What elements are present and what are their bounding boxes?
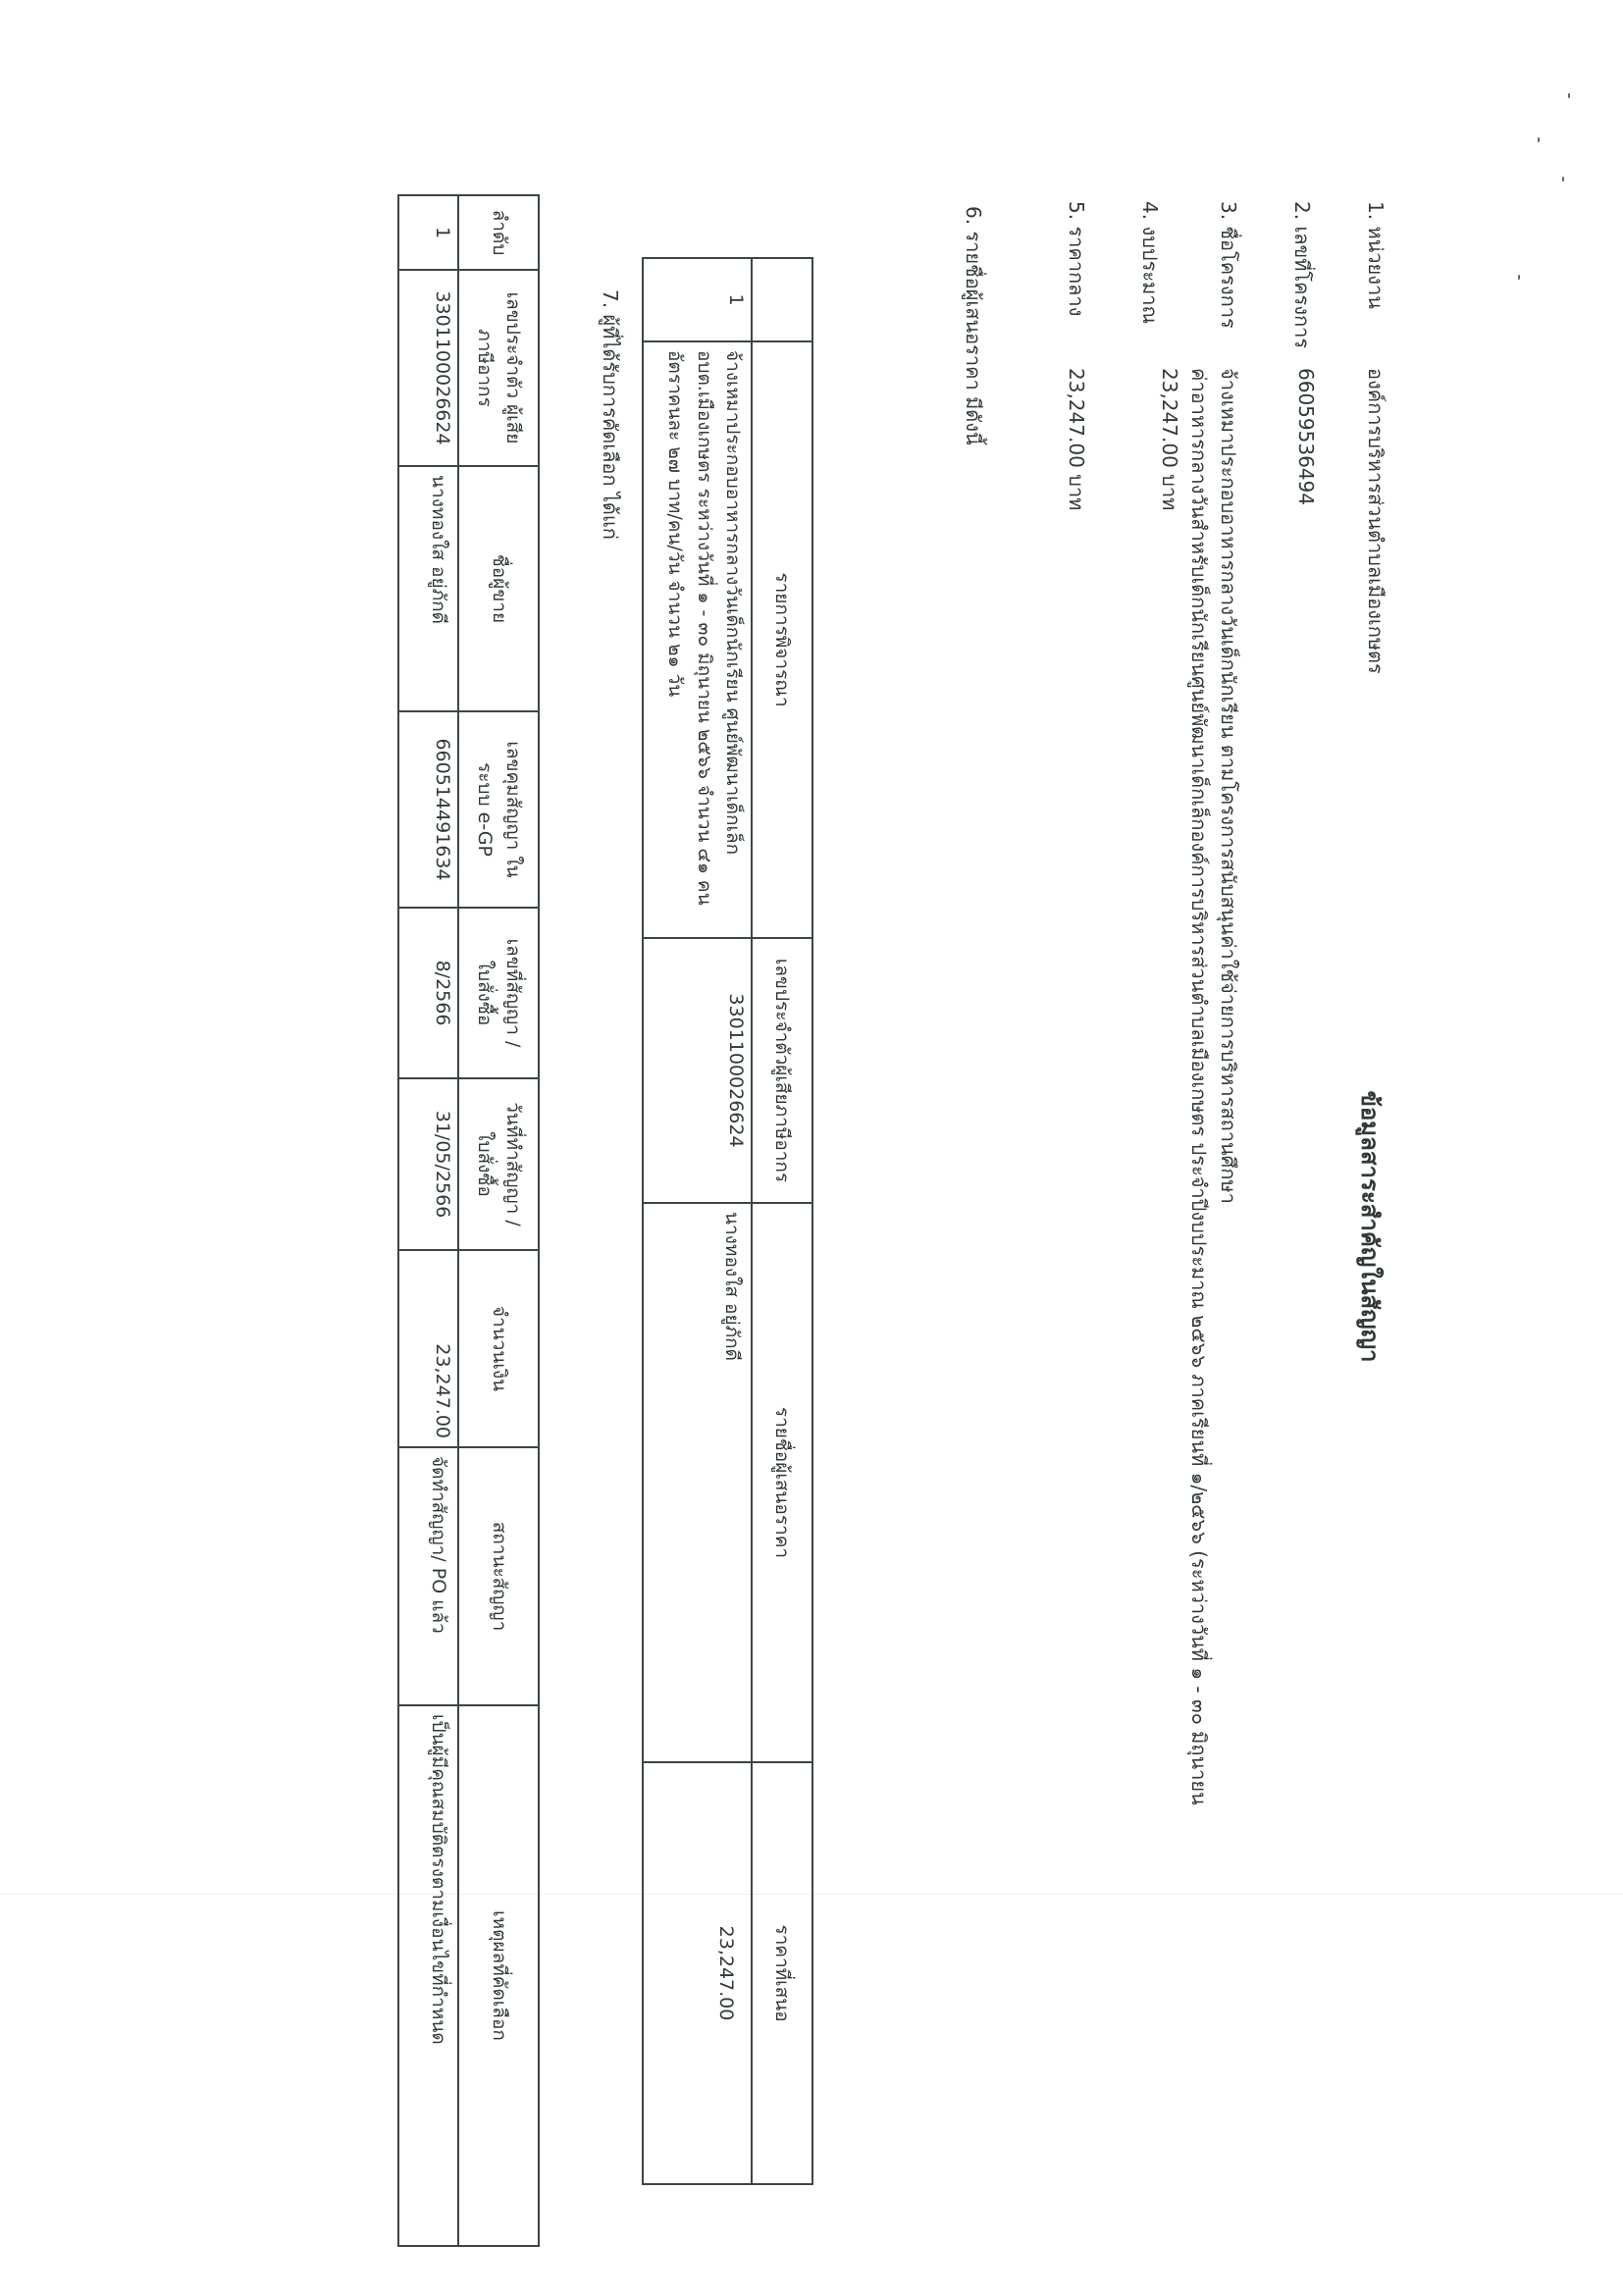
field-label-median-price: 5. ราคากลาง bbox=[1061, 201, 1092, 316]
col-header-tax-id: เลขประจำตัว ผู้เสียภาษีอากร bbox=[458, 270, 539, 466]
selected-vendor-table-header: ลำดับ เลขประจำตัว ผู้เสียภาษีอากร ชื่อผู… bbox=[458, 195, 539, 2246]
col-header-status: สถานะสัญญา bbox=[458, 1447, 539, 1705]
cell-order: 1 bbox=[398, 195, 458, 270]
field-value-median-price: 23,247.00 บาท bbox=[1061, 368, 1092, 510]
section6-heading: 6. รายชื่อผู้เสนอราคา มีดังนี้ bbox=[958, 206, 989, 445]
bidders-table: รายการพิจารณา เลขประจำตัวผู้เสียภาษีอากร… bbox=[642, 257, 813, 2185]
col-header-amount: จำนวนเงิน bbox=[458, 1250, 539, 1447]
table-row: 1 จ้างเหมาประกอบอาหารกลางวันเด็กนักเรียน… bbox=[643, 258, 752, 2184]
cell-egp-control: 660514491634 bbox=[398, 711, 458, 908]
cell-reason: เป็นผู้มีคุณสมบัติตรงตามเงื่อนไขที่กำหนด bbox=[398, 1705, 458, 2246]
cell-tax-id: 3301100026624 bbox=[398, 270, 458, 466]
col-header-bidder: รายชื่อผู้เสนอราคา bbox=[752, 1203, 812, 1762]
cell-price: 23,247.00 bbox=[643, 1762, 752, 2184]
col-header-item: รายการพิจารณา bbox=[752, 341, 812, 938]
field-value-project-name-line1: จ้างเหมาประกอบอาหารกลางวันเด็กนักเรียน ต… bbox=[1213, 368, 1244, 1204]
scan-speck bbox=[1562, 177, 1564, 182]
field-value-budget: 23,247.00 บาท bbox=[1154, 368, 1185, 510]
field-label-project-name: 3. ชื่อโครงการ bbox=[1213, 201, 1244, 329]
scan-speck bbox=[1568, 93, 1570, 98]
field-label-budget: 4. งบประมาณ bbox=[1134, 201, 1166, 324]
cell-item: จ้างเหมาประกอบอาหารกลางวันเด็กนักเรียน ศ… bbox=[643, 341, 752, 938]
table-row: 1 3301100026624 นางทองใส อยู่ภักดี 66051… bbox=[398, 195, 458, 2246]
scan-speck bbox=[1538, 137, 1540, 142]
bidders-table-header: รายการพิจารณา เลขประจำตัวผู้เสียภาษีอากร… bbox=[752, 258, 812, 2184]
cell-seller: นางทองใส อยู่ภักดี bbox=[398, 466, 458, 711]
col-header-egp-control: เลขคุมสัญญา ในระบบ e-GP bbox=[458, 711, 539, 908]
field-value-agency: องค์การบริหารส่วนตำบลเมืองเกษตร bbox=[1360, 368, 1391, 674]
document-page: ข้อมูลสาระสำคัญในสัญญา 1. หน่วยงาน องค์ก… bbox=[0, 0, 1623, 2296]
field-value-project-name-line2: ค่าอาหารกลางวันสำหรับเด็กนักเรียนศูนย์พั… bbox=[1183, 368, 1215, 1805]
cell-contract-date: 31/05/2566 bbox=[398, 1078, 458, 1250]
cell-bidder: นางทองใส อยู่ภักดี bbox=[643, 1203, 752, 1762]
col-header-tax-id: เลขประจำตัวผู้เสียภาษีอากร bbox=[752, 938, 812, 1203]
cell-amount: 23,247.00 bbox=[398, 1250, 458, 1447]
col-header-contract-date: วันที่ทำสัญญา / ใบสั่งซื้อ bbox=[458, 1078, 539, 1250]
field-label-project-number: 2. เลขที่โครงการ bbox=[1286, 201, 1318, 348]
cell-tax-id: 3301100026624 bbox=[643, 938, 752, 1203]
selected-vendor-table: ลำดับ เลขประจำตัว ผู้เสียภาษีอากร ชื่อผู… bbox=[397, 194, 540, 2247]
col-header-no bbox=[752, 258, 812, 341]
scan-speck bbox=[1518, 275, 1520, 280]
col-header-contract-no: เลขที่สัญญา / ใบสั่งซื้อ bbox=[458, 908, 539, 1078]
col-header-order: ลำดับ bbox=[458, 195, 539, 270]
cell-contract-no: 8/2566 bbox=[398, 908, 458, 1078]
col-header-price: ราคาที่เสนอ bbox=[752, 1762, 812, 2184]
col-header-seller: ชื่อผู้ขาย bbox=[458, 466, 539, 711]
page-title: ข้อมูลสาระสำคัญในสัญญา bbox=[1351, 1060, 1389, 1393]
cell-status: จัดทำสัญญา/ PO แล้ว bbox=[398, 1447, 458, 1705]
section7-heading: 7. ผู้ที่ได้รับการคัดเลือก ได้แก่ bbox=[595, 289, 626, 540]
field-value-project-number: 66059536494 bbox=[1294, 368, 1318, 505]
field-label-agency: 1. หน่วยงาน bbox=[1360, 201, 1391, 309]
col-header-reason: เหตุผลที่คัดเลือก bbox=[458, 1705, 539, 2246]
cell-no: 1 bbox=[643, 258, 752, 341]
